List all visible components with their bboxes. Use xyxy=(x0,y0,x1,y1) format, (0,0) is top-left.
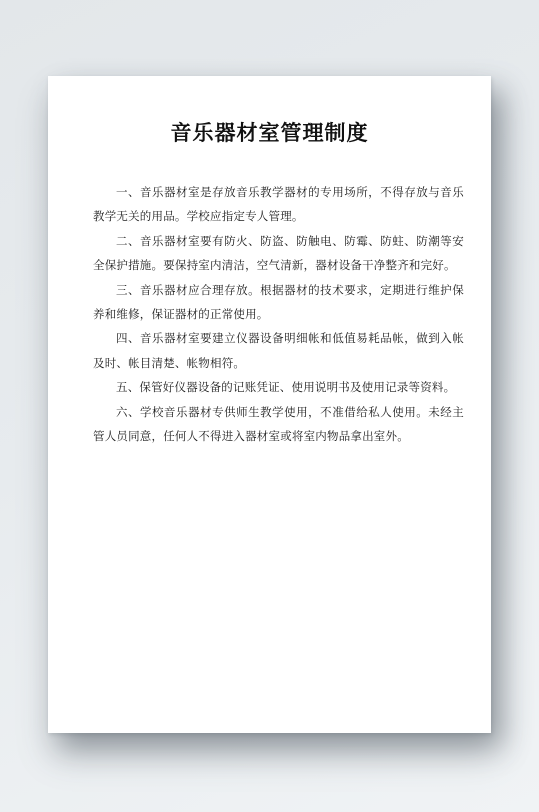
paragraph-rule-2: 二、音乐器材室要有防火、防盗、防触电、防霉、防蛀、防潮等安全保护措施。要保持室内… xyxy=(93,230,464,279)
document-page: 音乐器材室管理制度 一、音乐器材室是存放音乐教学器材的专用场所，不得存放与音乐教… xyxy=(48,76,491,733)
document-body: 一、音乐器材室是存放音乐教学器材的专用场所，不得存放与音乐教学无关的用品。学校应… xyxy=(93,181,464,449)
document-title: 音乐器材室管理制度 xyxy=(93,120,446,146)
paragraph-rule-1: 一、音乐器材室是存放音乐教学器材的专用场所，不得存放与音乐教学无关的用品。学校应… xyxy=(93,181,464,230)
paragraph-rule-6: 六、学校音乐器材专供师生教学使用，不准借给私人使用。未经主管人员同意，任何人不得… xyxy=(93,401,464,450)
paragraph-rule-4: 四、音乐器材室要建立仪器设备明细帐和低值易耗品帐，做到入帐及时、帐目清楚、帐物相… xyxy=(93,327,464,376)
paragraph-rule-5: 五、保管好仪器设备的记账凭证、使用说明书及使用记录等资料。 xyxy=(93,376,464,400)
paragraph-rule-3: 三、音乐器材应合理存放。根据器材的技术要求，定期进行维护保养和维修，保证器材的正… xyxy=(93,279,464,328)
canvas-background: 音乐器材室管理制度 一、音乐器材室是存放音乐教学器材的专用场所，不得存放与音乐教… xyxy=(0,0,539,812)
